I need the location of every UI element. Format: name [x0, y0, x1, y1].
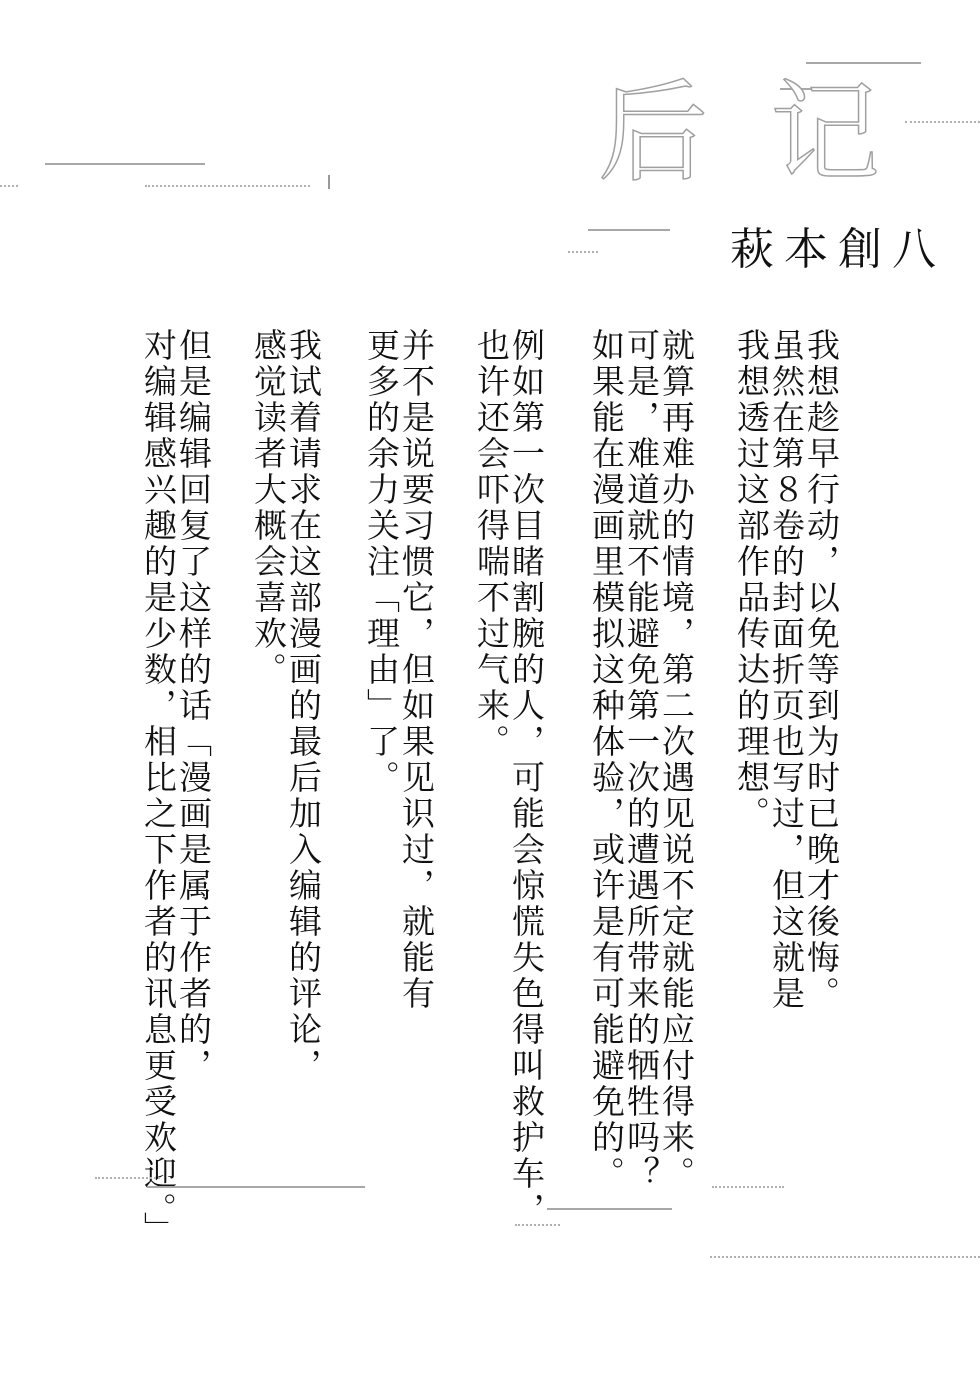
decor-dotted-line — [0, 185, 18, 187]
para1-col2: 虽然在第８卷的封面折页也写过，但这就是 — [770, 328, 803, 1012]
title-char-hou: 后 — [598, 78, 708, 188]
para3-col2: 也许还会吓得喘不过气来。 — [475, 328, 508, 760]
decor-dotted-line — [712, 1186, 784, 1188]
decor-line — [806, 62, 921, 64]
para1-col3: 我想透过这部作品传达的理想。 — [735, 328, 768, 832]
decor-dotted-line — [95, 1177, 160, 1179]
para2-col1: 就算再难办的情境，第二次遇见说不定就能应付得来。 — [660, 328, 693, 1192]
decor-line — [147, 1186, 365, 1188]
para6-col2: 对编辑感兴趣的是少数，相比之下作者的讯息更受欢迎。」 — [142, 328, 175, 1248]
decor-dotted-line — [145, 185, 310, 187]
decor-dotted-line — [515, 1224, 560, 1226]
para4-col1: 并不是说要习惯它，但如果见识过，就能有 — [400, 328, 433, 1012]
para5-col1: 我试着请求在这部漫画的最后加入编辑的评论， — [287, 328, 320, 1084]
author-name: 萩本創八 — [730, 228, 946, 272]
title-char-ji: 记 — [770, 78, 880, 188]
decor-dotted-line — [568, 251, 598, 253]
para4-col2: 更多的余力关注「理由」了。 — [365, 328, 398, 796]
decor-dotted-line — [710, 1256, 980, 1258]
para2-col2: 可是，难道就不能避免第一次的遭遇所带来的牺牲吗？ — [625, 328, 658, 1192]
decor-line — [588, 229, 670, 231]
decor-line — [547, 1208, 672, 1210]
decor-line — [45, 163, 205, 165]
para5-col2: 感觉读者大概会喜欢。 — [252, 328, 285, 688]
decor-dotted-line — [905, 121, 980, 123]
para6-col1: 但是编辑回复了这样的话「漫画是属于作者的， — [177, 328, 210, 1084]
para1-col1: 我想趁早行动，以免等到为时已晚才後悔。 — [805, 328, 838, 1012]
decor-bracket — [328, 175, 336, 189]
para3-col1: 例如第一次目睹割腕的人，可能会惊慌失色得叫救护车， — [510, 328, 543, 1228]
para2-col3: 如果能在漫画里模拟这种体验，或许是有可能避免的。 — [590, 328, 623, 1192]
